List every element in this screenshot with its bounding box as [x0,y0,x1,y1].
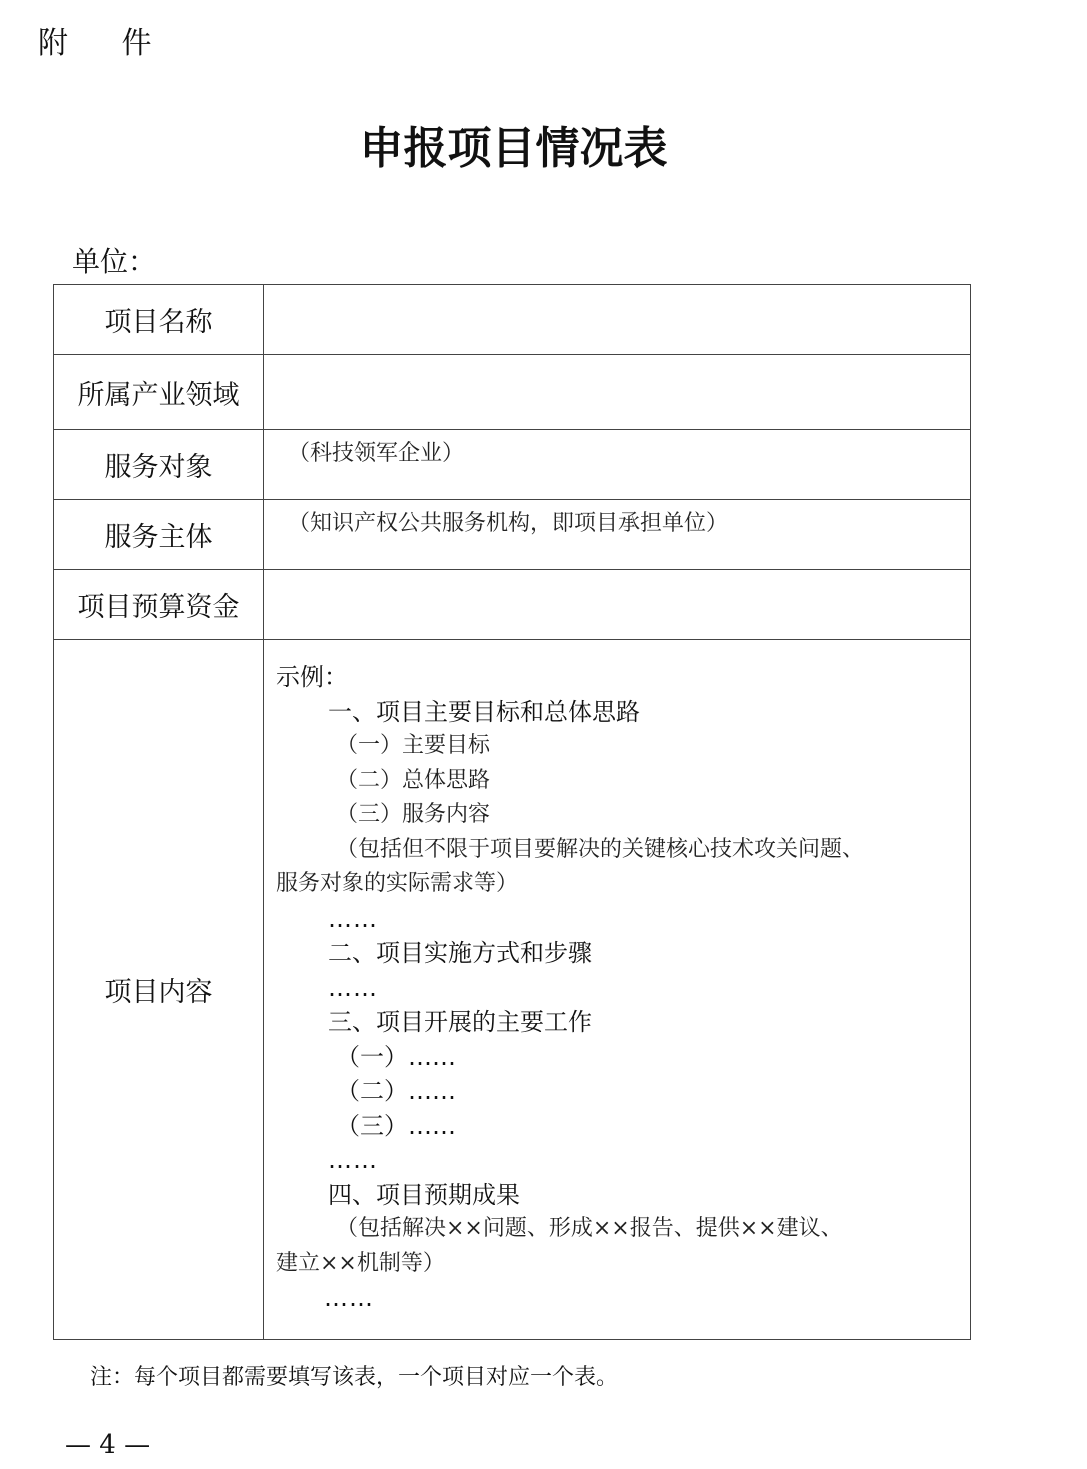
content-line: （三）…… [276,1109,950,1144]
content-heading: 二、项目实施方式和步骤 [276,936,950,971]
row-label-project-content: 项目内容 [54,640,264,1340]
table-row: 项目名称 [54,285,971,355]
page-number: — 4 — [65,1430,150,1460]
row-label-service-target: 服务对象 [54,430,264,500]
content-line: （包括但不限于项目要解决的关键核心技术攻关问题、 [276,833,950,868]
content-line: （三）服务内容 [276,798,950,833]
project-name-field[interactable] [264,285,971,355]
content-line: （二）总体思路 [276,764,950,799]
attachment-label: 附 件 [38,18,174,62]
table-row: 服务对象 （科技领军企业） [54,430,971,500]
project-form-table: 项目名称 所属产业领域 服务对象 （科技领军企业） 服务主体 （知识产权公共服务… [53,284,971,1340]
service-target-field[interactable]: （科技领军企业） [264,430,971,500]
project-content-field[interactable]: 示例： 一、项目主要目标和总体思路 （一）主要目标 （二）总体思路 （三）服务内… [264,640,971,1340]
content-heading: 一、项目主要目标和总体思路 [276,695,950,730]
content-ellipsis: …… [276,971,950,1006]
content-line: （一）…… [276,1040,950,1075]
content-line: 服务对象的实际需求等） [276,867,950,902]
content-ellipsis: …… [276,1281,950,1316]
industry-field[interactable] [264,355,971,430]
row-label-service-provider: 服务主体 [54,500,264,570]
table-row: 项目内容 示例： 一、项目主要目标和总体思路 （一）主要目标 （二）总体思路 （… [54,640,971,1340]
content-ellipsis: …… [276,902,950,937]
content-line: 建立××机制等） [276,1247,950,1282]
content-heading: 三、项目开展的主要工作 [276,1005,950,1040]
page-title: 申报项目情况表 [0,112,1087,176]
table-row: 服务主体 （知识产权公共服务机构，即项目承担单位） [54,500,971,570]
service-provider-field[interactable]: （知识产权公共服务机构，即项目承担单位） [264,500,971,570]
row-label-budget: 项目预算资金 [54,570,264,640]
footnote: 注：每个项目都需要填写该表，一个项目对应一个表。 [90,1360,618,1391]
content-ellipsis: …… [276,1143,950,1178]
content-line: （一）主要目标 [276,729,950,764]
row-label-project-name: 项目名称 [54,285,264,355]
table-row: 项目预算资金 [54,570,971,640]
table-row: 所属产业领域 [54,355,971,430]
content-heading: 四、项目预期成果 [276,1178,950,1213]
page-title-text: 申报项目情况表 [360,123,668,174]
row-label-industry: 所属产业领域 [54,355,264,430]
budget-field[interactable] [264,570,971,640]
content-line: （包括解决××问题、形成××报告、提供××建议、 [276,1212,950,1247]
content-line: （二）…… [276,1074,950,1109]
content-line: 示例： [276,660,950,695]
unit-label: 单位： [72,240,156,280]
